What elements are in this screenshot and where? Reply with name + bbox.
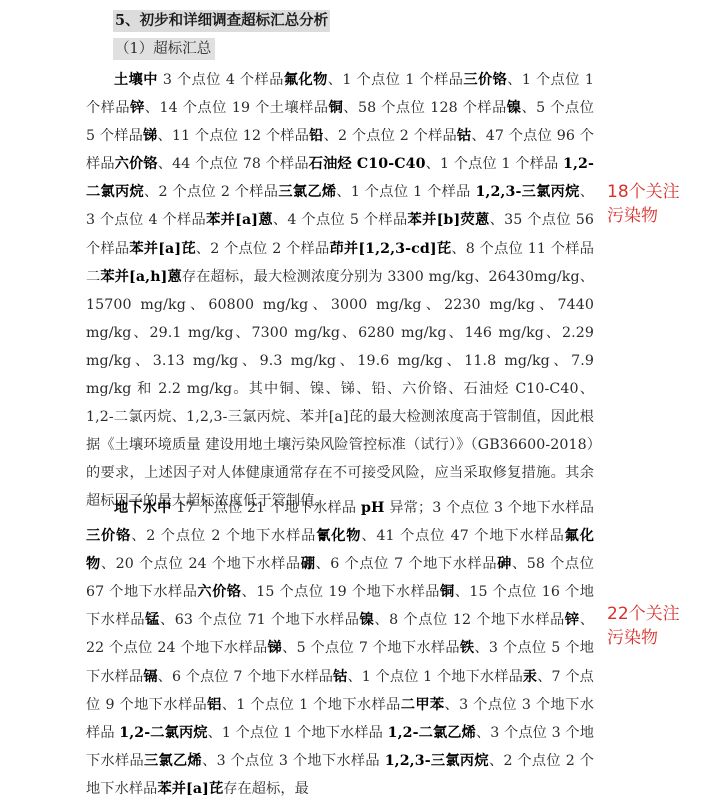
text-run: 、2 个点位 2 个样品 [324,128,457,144]
text-run: 、1 个点位 1 个样品 [336,184,475,200]
text-run: 17 个点位 21 个地下水样品 [172,500,361,516]
text-run: 、15 个点位 19 个地下水样品 [242,584,440,600]
text-run: 存在超标，最大检测浓度分别为 3300 mg/kg、26430mg/kg、157… [86,269,594,510]
highlighted-term: 砷 [497,556,512,572]
highlighted-term: 铝 [207,697,222,713]
highlighted-term: 铁 [460,640,475,656]
highlighted-term: 汞 [523,669,537,685]
text-run: 、14 个点位 19 个土壤样品 [145,100,329,116]
highlighted-term: 氟化物 [284,72,328,88]
text-run: 、20 个点位 24 个地下水样品 [101,556,301,572]
soil-pollutant-count-annotation: 18个关注 污染物 [607,180,680,228]
highlighted-term: 钴 [457,128,471,144]
soil-exceedance-paragraph: 土壤中 3 个点位 4 个样品氟化物、1 个点位 1 个样品三价铬、1 个点位 … [86,66,594,516]
text-run: 、58 个点位 128 个样品 [343,100,507,116]
text-run: 、5 个点位 7 个地下水样品 [282,640,460,656]
text-run: 异常；3 个点位 3 个地下水样品 [385,500,594,516]
highlighted-term: 地下水中 [114,500,172,516]
highlighted-term: 1,2-二氯乙烯 [388,725,476,741]
text-run: 、2 个点位 2 个地下水样品 [131,528,316,544]
document-page: 5、初步和详细调查超标汇总分析 （1）超标汇总 土壤中 3 个点位 4 个样品氟… [0,0,704,797]
highlighted-term: 氰化物 [316,528,361,544]
text-run: 、1 个点位 1 个地下水样品 [347,669,522,685]
text-run: 3 个点位 4 个样品 [158,72,284,88]
annotation-line: 污染物 [607,626,680,650]
groundwater-pollutant-count-annotation: 22个关注 污染物 [607,602,680,650]
highlighted-term: 锑 [268,640,283,656]
highlighted-term: 三价铬 [86,528,131,544]
highlighted-term: 三氯乙烯 [144,753,202,769]
highlighted-term: 六价铬 [197,584,241,600]
highlighted-term: 1,2-二氯丙烷 [119,725,207,741]
highlighted-term: pH [361,500,385,516]
text-run: 、41 个点位 47 个地下水样品 [361,528,564,544]
highlighted-term: 铅 [309,128,323,144]
highlighted-term: 1,2,3-三氯丙烷 [385,753,489,769]
text-run: 、44 个点位 78 个样品 [158,156,309,172]
highlighted-term: 锌 [130,100,145,116]
highlighted-term: 锑 [143,128,157,144]
section-heading: 5、初步和详细调查超标汇总分析 [113,10,330,32]
text-run: 、1 个点位 1 个地下水样品 [222,697,401,713]
highlighted-term: 土壤中 [114,72,158,88]
subsection-heading: （1）超标汇总 [113,38,215,60]
text-run: 、1 个点位 1 个地下水样品 [208,725,388,741]
highlighted-term: 镉 [143,669,157,685]
highlighted-term: 茚并[1,2,3-cd]芘 [329,241,451,257]
highlighted-term: 石油烃 C10-C40 [309,156,426,172]
highlighted-term: 镍 [507,100,522,116]
text-run: 、6 个点位 7 个地下水样品 [158,669,333,685]
text-run: 、1 个点位 1 个样品 [426,156,563,172]
highlighted-term: 铜 [329,100,344,116]
highlighted-term: 锌 [565,612,580,628]
text-run: 、2 个点位 2 个样品 [144,184,278,200]
highlighted-term: 镍 [360,612,375,628]
highlighted-term: 二甲苯 [401,697,445,713]
highlighted-term: 锰 [145,612,160,628]
highlighted-term: 1,2,3-三氯丙烷 [475,184,579,200]
text-run: 、8 个点位 12 个地下水样品 [374,612,565,628]
text-run: 、11 个点位 12 个样品 [158,128,310,144]
highlighted-term: 苯并[a]芘 [157,781,223,797]
highlighted-term: 苯并[a]芘 [129,241,195,257]
annotation-line: 22个关注 [607,602,680,626]
highlighted-term: 苯并[a,h]蒽 [100,269,182,285]
text-run: 、6 个点位 7 个地下水样品 [316,556,498,572]
text-run: 、1 个点位 1 个样品 [328,72,464,88]
annotation-line: 污染物 [607,204,680,228]
highlighted-term: 苯并[b]荧蒽 [408,212,490,228]
highlighted-term: 铜 [440,584,455,600]
highlighted-term: 苯并[a]蒽 [206,212,273,228]
text-run: 、4 个点位 5 个样品 [273,212,408,228]
text-run: 、63 个点位 71 个地下水样品 [160,612,360,628]
groundwater-exceedance-paragraph: 地下水中 17 个点位 21 个地下水样品 pH 异常；3 个点位 3 个地下水… [86,494,594,797]
text-run: 存在超标，最 [223,781,309,797]
highlighted-term: 六价铬 [115,156,158,172]
highlighted-term: 三价铬 [463,72,507,88]
annotation-line: 18个关注 [607,180,680,204]
text-run: 、3 个点位 3 个地下水样品 [202,753,385,769]
highlighted-term: 硼 [301,556,316,572]
text-run: 、2 个点位 2 个样品 [196,241,330,257]
highlighted-term: 三氯乙烯 [278,184,336,200]
highlighted-term: 钴 [333,669,347,685]
